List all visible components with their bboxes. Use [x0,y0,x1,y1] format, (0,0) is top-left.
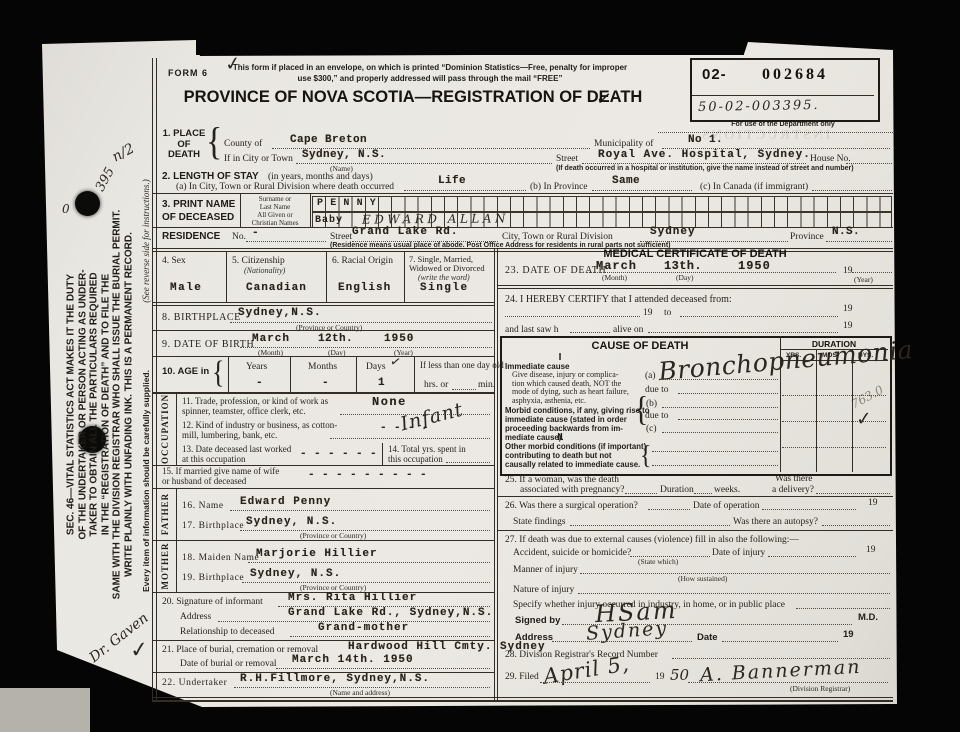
certify-19a: 19 [643,308,653,318]
pregnancy-dur-leader [694,492,712,494]
residence-no-leader [246,240,326,242]
certify-19b: 19 [843,304,853,314]
birth-day-value: 12th. [318,333,353,345]
age-hrs-label: hrs. or [424,380,448,390]
column-divider-inner [497,248,498,700]
findings-leader [570,524,730,526]
occupation-12-label: 12. Kind of industry or business, as cot… [182,421,337,440]
stay-b-value: Same [612,175,640,187]
citizenship-label: 5. Citizenship [232,256,285,266]
form-left-border-outer [152,58,153,700]
nature-label: Nature of injury [513,585,574,595]
informant-relationship-label: Relationship to deceased [180,627,274,637]
delivery-leader [816,492,890,494]
father-cell-border [176,488,177,540]
duration-row-1 [782,394,886,396]
md-label: M.D. [858,612,878,623]
cause-ii-brace: { [640,442,652,472]
citizenship-value: Canadian [246,282,307,294]
death-year-sub: (Year) [854,275,873,284]
death-month-sub: (Month) [602,273,627,282]
pregnancy-leader [625,492,657,494]
registration-written-number: 50-02-003395. [698,98,820,115]
other-morbid-text: Other morbid conditions (if important) c… [505,442,646,469]
occupation-11-value: None [372,395,407,409]
cause-ii-leader-1 [652,450,778,452]
stay-b-label: (b) In Province [530,182,588,192]
filed-leader-1 [540,681,650,683]
injury-date-label: Date of injury [712,548,765,558]
operation-date-leader [762,508,856,510]
stay-a-label: (a) In City, Town or Rural Division wher… [176,182,394,192]
burial-date-value: March 14th. 1950 [292,654,414,666]
stay-c-leader [812,189,892,191]
birthplace-value: Sydney,N.S. [238,307,322,319]
specify-leader [796,607,890,609]
pregnancy-label-1: 25. If a woman, was the death [505,475,619,485]
occ-14-divider [382,443,383,465]
injury-date-leader [768,555,856,557]
occupation-cell-border [176,392,177,465]
informant-address-label: Address [180,612,211,622]
certify-19c: 19 [843,321,853,331]
marital-sub: (write the word) [418,273,470,282]
surname-label: Surname or Last Name [242,196,308,211]
length-of-stay-label: 2. LENGTH OF STAY [162,171,259,182]
filed-19: 19 [655,672,665,682]
house-no-leader [846,162,892,164]
burial-date-leader [276,667,490,669]
age-years-value: - [256,377,263,389]
operation-date-label: Date of operation [693,501,759,511]
date-of-birth-label: 9. DATE OF BIRTH [162,339,254,350]
findings-label: State findings [513,517,566,527]
filed-leader-2 [688,681,888,683]
father-name-leader [230,509,490,511]
cause-due1-leader [678,392,778,394]
rule-under-father [152,540,494,541]
rule-under-vitals-2 [152,305,494,306]
street-value: Royal Ave. Hospital, Sydney. [598,149,811,161]
form-title: PROVINCE OF NOVA SCOTIA—REGISTRATION OF … [158,88,668,107]
vitals-divider-1 [226,251,227,302]
cause-b-leader [662,406,778,408]
place-of-death-label: 1. PLACE OF DEATH [162,129,206,161]
print-name-label: 3. PRINT NAME OF DECEASED [162,198,235,224]
city-town-value: Sydney, N.S. [302,149,386,161]
signed-by-label: Signed by [515,615,560,626]
given-name-typed: Baby [315,215,343,226]
occupation-13-label: 13. Date deceased last worked at this oc… [182,445,291,464]
spouse-value: - - - - - - - - - [308,469,427,481]
racial-origin-value: English [338,282,391,294]
pregnancy-label-2: associated with pregnancy? [520,485,624,495]
registration-prefix: 02- [702,66,727,83]
saw-leader-1 [570,331,610,333]
filed-label: 29. Filed [505,672,539,682]
length-of-stay-sub: (in years, months and days) [268,172,373,182]
doctor-date-19: 19 [843,629,854,640]
mother-birthplace-sub: (Province or Country) [300,583,366,592]
cause-a-leader [660,378,778,380]
birth-year-value: 1950 [384,333,414,345]
city-town-label: If in City or Town [224,154,293,164]
cause-due2-leader [678,418,778,420]
filed-year-script: 50 [670,666,689,684]
cause-ii-leader-2 [652,464,778,466]
mother-cell-border [176,540,177,592]
stay-b-leader [592,189,692,191]
doctor-date-label: Date [697,632,718,643]
checkmark-bottom-left: ✓ [129,637,150,664]
certify-label: 24. I HEREBY CERTIFY that I attended dec… [505,294,732,305]
age-years-label: Years [246,362,267,372]
certify-leader-1 [505,315,640,317]
department-box-divider [692,95,874,96]
surname-value: PENNY [317,198,383,209]
mother-name-leader [248,561,490,563]
form-left-border-inner [156,58,157,700]
residence-street-label: Street [330,232,352,242]
age-label: 10. AGE in [162,366,209,377]
residence-province-label: Province [790,232,824,242]
rule-under-vitals-1 [152,302,494,303]
margin-annotation-zero: 0 [62,202,70,216]
scan-corner-patch [0,688,90,732]
delivery-label-1: Was there [775,474,812,484]
mother-name-value: Marjorie Hillier [256,548,378,560]
residence-no-value: - [252,227,259,239]
undertaker-sub: (Name and address) [330,688,390,697]
age-months-value: - [322,377,329,389]
occ-14-leader [446,461,490,463]
saw-leader-2 [648,331,838,333]
cause-b-label: (b) [646,399,657,409]
cause-c-label: (c) [646,424,657,434]
father-birthplace-value: Sydney, N.S. [246,516,337,528]
leader-under-dept-box [658,131,893,133]
accident-label: Accident, suicide or homicide? [513,548,631,558]
age-days-value: 1 [378,377,385,389]
duration-row-3 [782,446,886,448]
age-hrs-leader [452,388,476,390]
county-label: County of [224,139,262,149]
father-birthplace-label: 17. Birthplace [182,521,244,531]
occupation-side-label: OCCUPATION [160,394,170,464]
margin-supply-note: Every item of information should be care… [141,356,151,606]
rule-under-25 [497,496,893,497]
age-months-label: Months [308,362,337,372]
sex-value: Male [170,282,202,294]
how-sustained-label: (How sustained) [678,574,727,583]
informant-relationship-value: Grand-mother [318,622,409,634]
place-brace: { [206,121,222,165]
autopsy-label: Was there an autopsy? [733,517,818,527]
informant-label: 20. Signature of informant [162,597,263,607]
burial-date-label: Date of burial or removal [180,659,277,669]
sex-label: 4. Sex [162,256,186,266]
age-divider-1 [290,356,291,392]
residence-city-label: City, Town or Rural Division [502,232,613,242]
given-name-handwritten: EDWARD ALLAN [362,211,509,226]
delivery-label-2: a delivery? [772,485,814,495]
age-less-label: If less than one day old [420,360,504,370]
rule-under-23a [497,285,893,286]
citizenship-sub: (Nationality) [244,266,285,275]
external-causes-label: 27. If death was due to external causes … [505,535,799,545]
county-value: Cape Breton [290,134,367,146]
municipality-value: No 1. [688,134,723,146]
name-cell-divider-2 [310,193,311,228]
given-names-label: All Given or Christian Names [242,212,308,227]
age-days-label: Days [366,362,386,372]
doctor-date-leader [722,640,838,642]
rule-under-8 [152,330,494,331]
residence-street-value: Grand Lake Rd. [352,226,458,238]
residence-province-value: N.S. [832,226,860,238]
dob-leader [240,346,492,348]
marital-value: Single [420,282,469,294]
pregnancy-weeks-label: weeks. [714,485,740,495]
father-name-value: Edward Penny [240,496,331,508]
certify-leader-2 [680,315,838,317]
operation-leader [648,508,690,510]
undertaker-value: R.H.Fillmore, Sydney,N.S. [240,673,430,685]
immediate-cause-text: Give disease, injury or complica- tion w… [512,371,629,405]
bottom-rule-2 [152,700,893,702]
rule-under-9 [152,356,494,357]
rule-above-name [152,193,893,194]
doctor-address-label: Address [515,632,553,643]
undertaker-label: 22. Undertaker [162,678,227,688]
vitals-divider-3 [404,251,405,302]
occ-12-leader [330,437,490,439]
pregnancy-duration-label: Duration [660,485,694,495]
rule-under-23b [497,288,893,289]
registration-number: 002684 [762,66,828,84]
vitals-divider-2 [326,251,327,302]
cause-c-leader [662,431,778,433]
place-fine-print: (If death occurred in a hospital or inst… [556,165,854,172]
residence-no-label: No. [232,232,246,242]
rule-under-15 [152,488,494,489]
marital-label: 7. Single, Married, Widowed or Divorced [409,255,485,273]
mother-birthplace-value: Sydney, N.S. [250,568,341,580]
residence-province-leader [826,240,892,242]
house-no-label: House No. [810,154,851,164]
age-divider-2 [356,356,357,392]
certify-to: to [664,308,671,318]
manner-leader [580,572,890,574]
operation-19: 19 [868,498,878,508]
birth-month-value: March [252,333,290,345]
manner-label: Manner of injury [513,565,578,575]
mother-birthplace-label: 19. Birthplace [182,573,244,583]
street-leader [582,162,806,164]
occupation-13-value: - - - - - - [300,448,377,460]
father-birthplace-sub: (Province or Country) [300,531,366,540]
age-divider-3 [414,356,415,392]
stay-a-value: Life [438,175,466,187]
margin-reverse-note: (See reverse side for instructions.) [141,131,151,351]
residence-label: RESIDENCE [162,231,220,242]
residence-city-value: Sydney [650,226,696,238]
age-brace: { [212,355,224,391]
age-divider-0 [228,356,229,392]
spouse-label: 15. If married give name of wife or husb… [162,467,279,486]
department-caption: For use of the Department only [690,121,876,128]
street-label: Street [556,154,578,164]
division-registrar-sub: (Division Registrar) [790,684,850,693]
margin-statute-text: SEC. 46—VITAL STATISTICS ACT MAKES IT TH… [66,165,135,645]
scanned-death-certificate: SEC. 46—VITAL STATISTICS ACT MAKES IT TH… [0,0,960,732]
mail-notice: This form if placed in an envelope, on w… [205,62,655,84]
nature-leader [578,592,890,594]
racial-origin-label: 6. Racial Origin [332,256,393,266]
column-divider-outer [494,248,495,700]
scan-notch [196,28,744,55]
rule-under-26 [497,530,893,531]
alive-on-label: alive on [613,325,643,335]
dod-leader-2 [852,271,892,273]
rule-below-name [152,227,893,228]
cause-due2-label: due to [645,411,668,421]
informant-address-value: Grand Lake Rd., Sydney,N.S. [288,607,493,619]
dod-leader [586,271,836,273]
informant-value: Mrs. Rita Hillier [288,592,417,604]
name-cell-divider-1 [240,193,241,228]
cause-due1-label: due to [645,385,668,395]
cause-a-label: (a) [645,371,656,381]
state-which-label: (State which) [638,557,678,566]
occupation-11-label: 11. Trade, profession, or kind of work a… [182,397,328,416]
age-min-label: min. [478,380,495,390]
mother-side-label: MOTHER [160,539,170,593]
surname-letter-grid [312,196,892,212]
informant-rel-leader [290,635,490,637]
father-side-label: FATHER [160,488,170,540]
duration-row-2 [782,420,886,422]
form-number: FORM 6 [168,68,208,78]
autopsy-leader [822,524,890,526]
stay-a-leader [404,189,526,191]
stay-c-label: (c) In Canada (if immigrant) [700,182,808,192]
death-day-sub: (Day) [676,273,694,282]
rule-under-10 [152,392,494,394]
father-name-label: 16. Name [182,501,224,511]
bottom-rule-1 [152,697,893,698]
municipality-label: Municipality of [594,139,653,149]
operation-label: 26. Was there a surgical operation? [505,501,638,511]
last-saw-label: and last saw h [505,325,559,335]
injury-19: 19 [866,545,876,555]
